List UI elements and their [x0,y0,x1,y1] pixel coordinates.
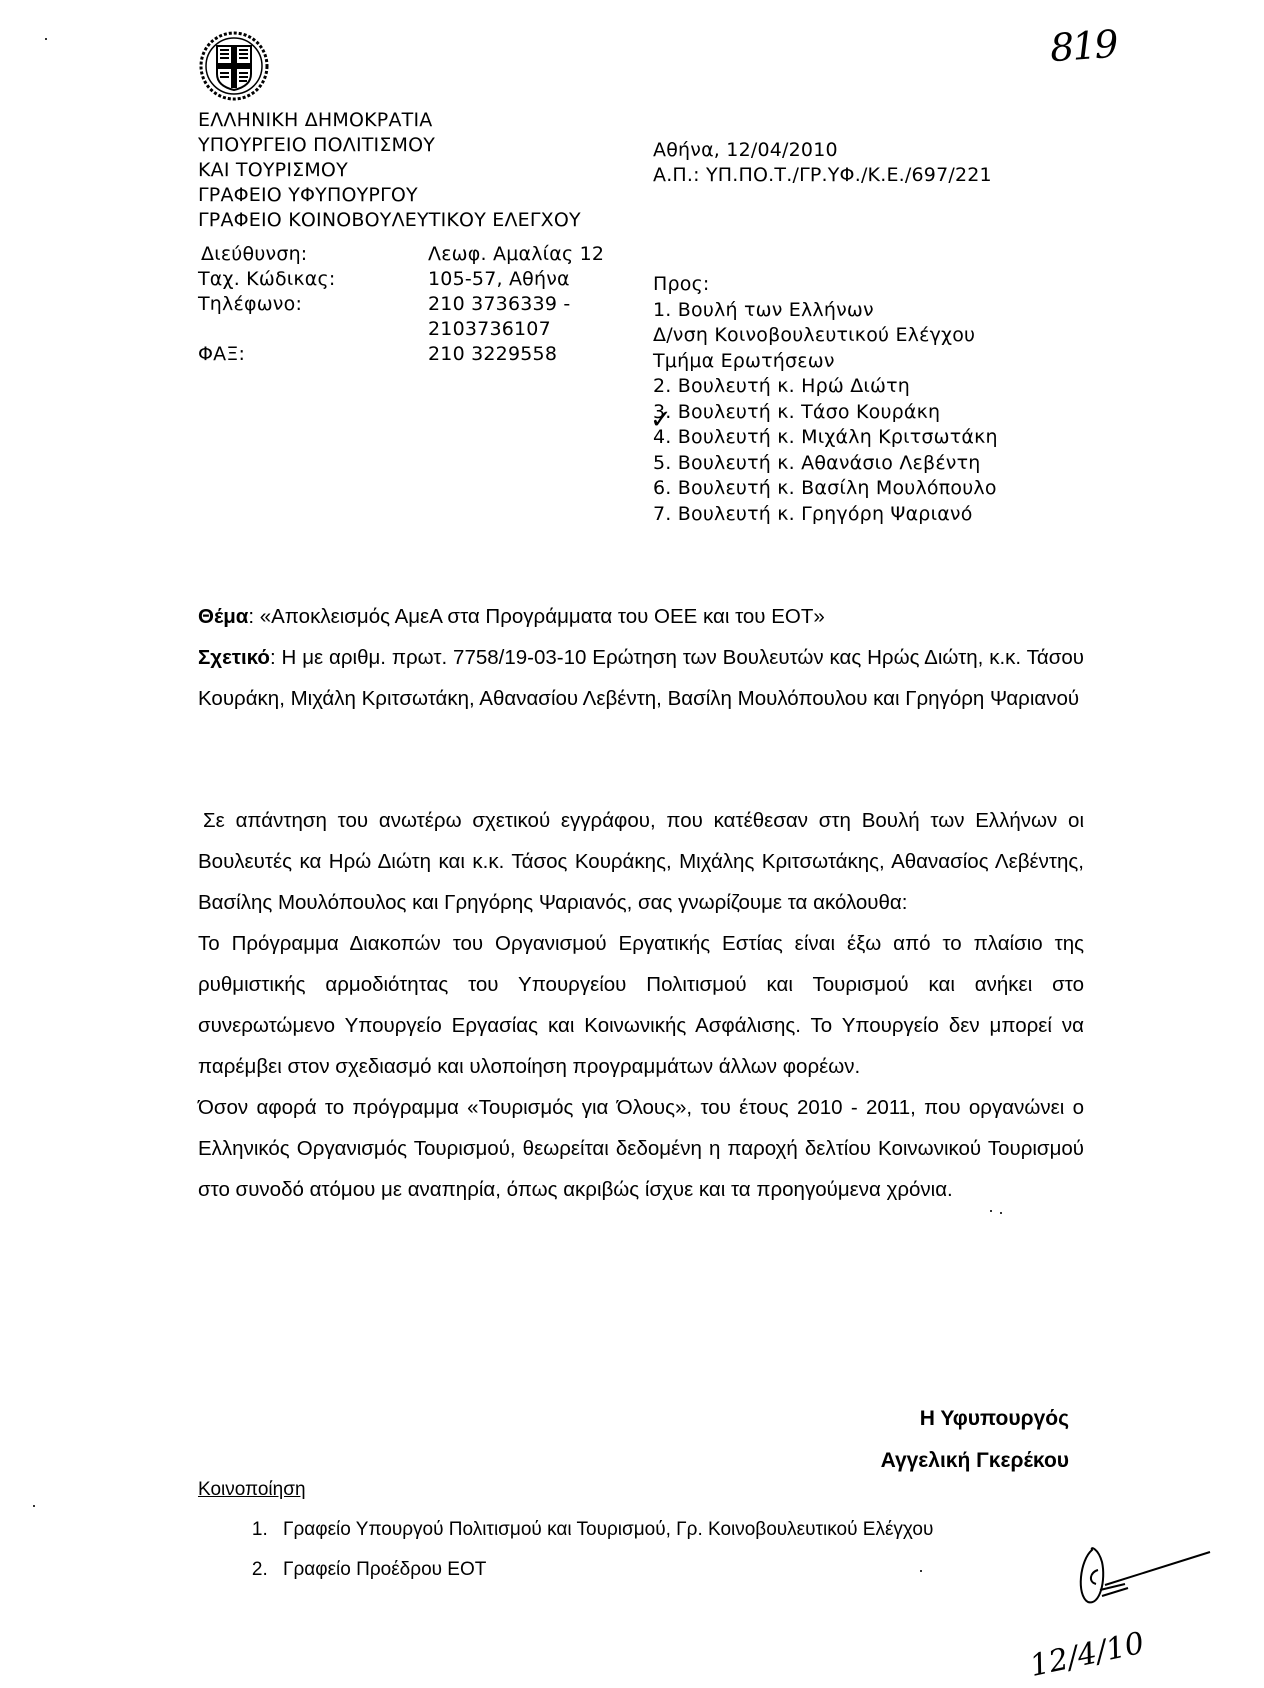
handwritten-date: 12/4/10 [1027,1626,1147,1680]
sender-organization: ΕΛΛΗΝΙΚΗ ΔΗΜΟΚΡΑΤΙΑ ΥΠΟΥΡΓΕΙΟ ΠΟΛΙΤΙΣΜΟΥ… [198,108,581,233]
org-line: ΓΡΑΦΕΙΟ ΥΦΥΠΟΥΡΓΟΥ [198,183,581,208]
subject-block: Θέμα: «Αποκλεισμός ΑμεΑ στα Προγράμματα … [198,596,1084,719]
postcode-label: Ταχ. Κώδικας: [198,267,428,292]
phone-row: Τηλέφωνο: 210 3736339 - [198,292,604,317]
recipient-line: 4. Βουλευτή κ. Μιχάλη Κριτσωτάκη [653,425,998,451]
body-paragraph: Το Πρόγραμμα Διακοπών του Οργανισμού Εργ… [198,923,1084,1087]
greek-coat-of-arms-icon [198,30,270,102]
related-text: : Η με αριθμ. πρωτ. 7758/19-03-10 Ερώτησ… [198,646,1084,710]
protocol-number: Α.Π.: ΥΠ.ΠΟ.Τ./ΓΡ.ΥΦ./Κ.Ε./697/221 [653,163,992,188]
cc-item: Γραφείο Υπουργού Πολιτισμού και Τουρισμο… [273,1510,1088,1550]
postcode-row: Ταχ. Κώδικας: 105-57, Αθήνα [198,267,604,292]
cc-item: Γραφείο Προέδρου ΕΟΤ [273,1550,1088,1590]
phone-value: 210 3736339 - [428,292,570,317]
org-line: ΕΛΛΗΝΙΚΗ ΔΗΜΟΚΡΑΤΙΑ [198,108,581,133]
phone-label: Τηλέφωνο: [198,292,428,317]
fax-label: ΦΑΞ: [198,342,428,367]
subject-text: : «Αποκλεισμός ΑμεΑ στα Προγράμματα του … [248,605,824,628]
postcode-value: 105-57, Αθήνα [428,267,570,292]
org-line: ΓΡΑΦΕΙΟ ΚΟΙΝΟΒΟΥΛΕΥΤΙΚΟΥ ΕΛΕΓΧΟΥ [198,208,581,233]
recipient-line: Δ/νση Κοινοβουλευτικού Ελέγχου [653,323,998,349]
subject-line: Θέμα: «Αποκλεισμός ΑμεΑ στα Προγράμματα … [198,596,1084,637]
recipients-list: Προς: 1. Βουλή των Ελλήνων Δ/νση Κοινοβο… [653,272,998,527]
related-line: Σχετικό: Η με αριθμ. πρωτ. 7758/19-03-10… [198,637,1084,719]
cc-block: Κοινοποίηση Γραφείο Υπουργού Πολιτισμού … [198,1470,1088,1590]
signatory-title: Η Υφυπουργός [881,1398,1069,1440]
body-paragraph: Σε απάντηση του ανωτέρω σχετικού εγγράφο… [198,800,1084,923]
address-row: Διεύθυνση: Λεωφ. Αμαλίας 12 [198,242,604,267]
contact-details: Διεύθυνση: Λεωφ. Αμαλίας 12 Ταχ. Κώδικας… [198,242,604,367]
recipient-line: 6. Βουλευτή κ. Βασίλη Μουλόπουλο [653,476,998,502]
org-line: ΥΠΟΥΡΓΕΙΟ ΠΟΛΙΤΙΣΜΟΥ [198,133,581,158]
address-label: Διεύθυνση: [198,242,428,267]
handwritten-initials-icon: 12/4/10 [1010,1540,1240,1680]
subject-label: Θέμα [198,605,248,628]
recipient-line: 1. Βουλή των Ελλήνων [653,298,998,324]
recipient-line: 3. Βουλευτή κ. Τάσο Κουράκη [653,400,998,426]
handwritten-check-icon: ✓ [650,405,672,435]
date-protocol-block: Αθήνα, 12/04/2010 Α.Π.: ΥΠ.ΠΟ.Τ./ΓΡ.ΥΦ./… [653,138,992,188]
recipients-label: Προς: [653,272,998,298]
phone-row-2: 2103736107 [198,317,604,342]
place-date: Αθήνα, 12/04/2010 [653,138,992,163]
recipient-line: 5. Βουλευτή κ. Αθανάσιο Λεβέντη [653,451,998,477]
letter-body: Σε απάντηση του ανωτέρω σχετικού εγγράφο… [198,800,1084,1210]
org-line: ΚΑΙ ΤΟΥΡΙΣΜΟΥ [198,158,581,183]
fax-value: 210 3229558 [428,342,557,367]
cc-title: Κοινοποίηση [198,1470,1088,1510]
address-value: Λεωφ. Αμαλίας 12 [428,242,604,267]
fax-row: ΦΑΞ: 210 3229558 [198,342,604,367]
recipient-line: 7. Βουλευτή κ. Γρηγόρη Ψαριανό [653,502,998,528]
phone-value-2: 2103736107 [428,317,551,342]
related-label: Σχετικό [198,646,270,669]
handwritten-page-number: 819 [1049,22,1118,71]
recipient-line: Τμήμα Ερωτήσεων [653,349,998,375]
body-paragraph: Όσον αφορά το πρόγραμμα «Τουρισμός για Ό… [198,1087,1084,1210]
recipient-line: 2. Βουλευτή κ. Ηρώ Διώτη [653,374,998,400]
cc-list: Γραφείο Υπουργού Πολιτισμού και Τουρισμο… [198,1510,1088,1590]
